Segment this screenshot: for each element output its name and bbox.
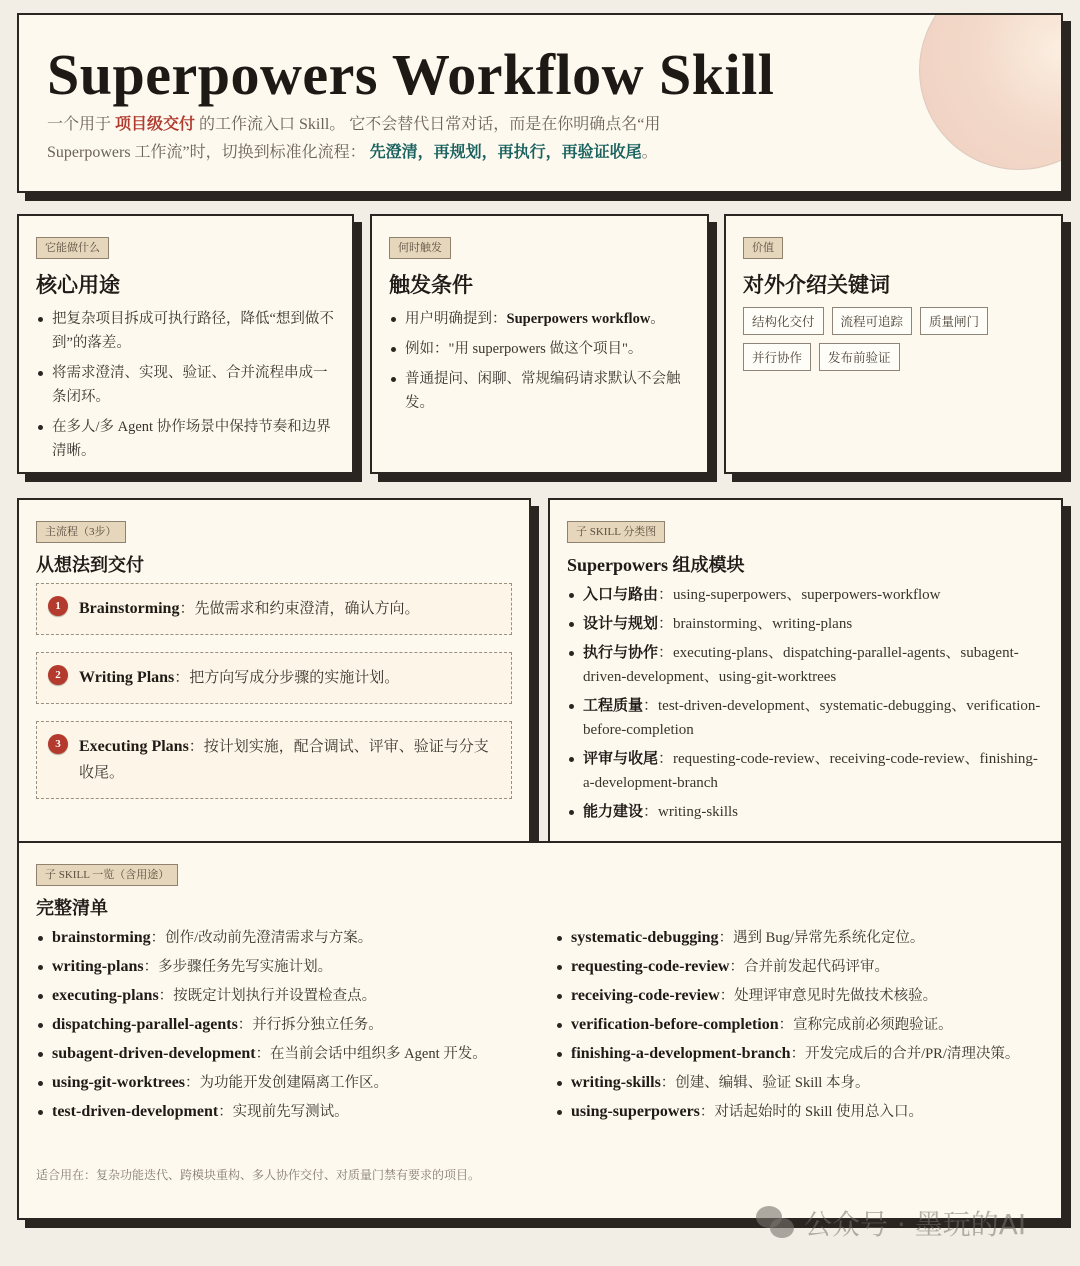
skill-desc: ：开发完成后的合并/PR/清理决策。 — [791, 1046, 1020, 1062]
step-name: Brainstorming — [79, 600, 179, 617]
skill-name: using-git-worktrees — [52, 1074, 185, 1091]
subtitle-text: 。 — [642, 144, 658, 161]
item-keyword: 工程质量 — [583, 698, 643, 714]
highlight-project-delivery: 项目级交付 — [115, 116, 195, 133]
flow-step: 1 Brainstorming：先做需求和约束澄清，确认方向。 — [36, 583, 512, 635]
list-item: writing-plans：多步骤任务先写实施计划。 — [36, 955, 525, 979]
subtitle-text: 的工作流入口 Skill。 它不会替代日常对话，而是在你明确点名“用 — [195, 116, 660, 133]
section-title: 完整清单 — [36, 894, 1044, 920]
keyword-chip: 并行协作 — [743, 343, 811, 371]
skill-name: writing-plans — [52, 958, 144, 975]
skill-name: finishing-a-development-branch — [571, 1045, 791, 1062]
section-tag: 价值 — [743, 237, 783, 259]
skill-desc: ：宣称完成前必须跑验证。 — [779, 1017, 953, 1033]
list-item: 在多人/多 Agent 协作场景中保持节奏和边界清晰。 — [36, 415, 335, 463]
item-keyword: 能力建设 — [583, 804, 643, 820]
page-title: Superpowers Workflow Skill — [47, 41, 774, 108]
highlight-process-steps: 先澄清，再规划，再执行，再验证收尾 — [370, 144, 642, 161]
section-tag: 它能做什么 — [36, 237, 109, 259]
skill-desc: ：多步骤任务先写实施计划。 — [144, 959, 333, 975]
skill-name: using-superpowers — [571, 1103, 700, 1120]
skill-list-right: systematic-debugging：遇到 Bug/异常先系统化定位。 re… — [555, 926, 1044, 1129]
skill-desc: ：创建、编辑、验证 Skill 本身。 — [661, 1075, 870, 1091]
subtitle-text: Superpowers 工作流”时，切换到标准化流程： — [47, 144, 370, 161]
skill-desc: ：遇到 Bug/异常先系统化定位。 — [719, 930, 925, 946]
skill-desc: ：对话起始时的 Skill 使用总入口。 — [700, 1104, 923, 1120]
skill-name: verification-before-completion — [571, 1016, 779, 1033]
list-item: dispatching-parallel-agents：并行拆分独立任务。 — [36, 1013, 525, 1037]
step-desc: ：把方向写成分步骤的实施计划。 — [174, 670, 399, 686]
full-list-card: 子 SKILL 一览（含用途） 完整清单 brainstorming：创作/改动… — [17, 841, 1063, 1220]
trigger-card: 何时触发 触发条件 用户明确提到：Superpowers workflow。 例… — [370, 214, 709, 474]
item-text: 。 — [650, 311, 665, 327]
skill-name: receiving-code-review — [571, 987, 720, 1004]
subtitle-text: 一个用于 — [47, 116, 115, 133]
list-item: using-git-worktrees：为功能开发创建隔离工作区。 — [36, 1071, 525, 1095]
core-use-list: 把复杂项目拆成可执行路径，降低“想到做不到”的落差。 将需求澄清、实现、验证、合… — [36, 307, 335, 463]
list-item: test-driven-development：实现前先写测试。 — [36, 1100, 525, 1124]
skill-name: executing-plans — [52, 987, 159, 1004]
flow-step: 3 Executing Plans：按计划实施，配合调试、评审、验证与分支收尾。 — [36, 721, 512, 799]
skill-name: brainstorming — [52, 929, 151, 946]
skill-desc: ：为功能开发创建隔离工作区。 — [185, 1075, 388, 1091]
list-item: finishing-a-development-branch：开发完成后的合并/… — [555, 1042, 1044, 1066]
section-tag: 子 SKILL 一览（含用途） — [36, 864, 178, 886]
item-text: ：using-superpowers、superpowers-workflow — [658, 587, 940, 603]
item-text: ：writing-skills — [643, 804, 738, 820]
section-title: 触发条件 — [389, 269, 690, 299]
skill-name: test-driven-development — [52, 1103, 218, 1120]
step-number-badge: 1 — [48, 596, 68, 616]
hero-card: Superpowers Workflow Skill 一个用于 项目级交付 的工… — [17, 13, 1063, 193]
skill-desc: ：在当前会话中组织多 Agent 开发。 — [256, 1046, 487, 1062]
list-item: 评审与收尾：requesting-code-review、receiving-c… — [567, 747, 1044, 795]
list-item: 能力建设：writing-skills — [567, 800, 1044, 824]
skill-desc: ：按既定计划执行并设置检查点。 — [159, 988, 377, 1004]
skill-desc: ：合并前发起代码评审。 — [729, 959, 889, 975]
value-card: 价值 对外介绍关键词 结构化交付 流程可追踪 质量闸门 并行协作 发布前验证 — [724, 214, 1063, 474]
list-item: executing-plans：按既定计划执行并设置检查点。 — [36, 984, 525, 1008]
watermark-text: 公众号 · 墨玩的AI — [804, 1203, 1026, 1243]
list-item: 工程质量：test-driven-development、systematic-… — [567, 694, 1044, 742]
step-number-badge: 3 — [48, 734, 68, 754]
trigger-list: 用户明确提到：Superpowers workflow。 例如："用 super… — [389, 307, 690, 415]
main-flow-card: 主流程（3步） 从想法到交付 1 Brainstorming：先做需求和约束澄清… — [17, 498, 531, 843]
list-item: verification-before-completion：宣称完成前必须跑验… — [555, 1013, 1044, 1037]
list-item: 入口与路由：using-superpowers、superpowers-work… — [567, 583, 1044, 607]
skill-columns: brainstorming：创作/改动前先澄清需求与方案。 writing-pl… — [36, 926, 1044, 1129]
step-name: Executing Plans — [79, 738, 189, 755]
section-title: Superpowers 组成模块 — [567, 551, 1044, 577]
list-item: receiving-code-review：处理评审意见时先做技术核验。 — [555, 984, 1044, 1008]
list-item: systematic-debugging：遇到 Bug/异常先系统化定位。 — [555, 926, 1044, 950]
footnote: 适合用在：复杂功能迭代、跨模块重构、多人协作交付、对质量门禁有要求的项目。 — [36, 1166, 480, 1183]
decorative-circle — [919, 13, 1063, 170]
list-item: requesting-code-review：合并前发起代码评审。 — [555, 955, 1044, 979]
list-item: writing-skills：创建、编辑、验证 Skill 本身。 — [555, 1071, 1044, 1095]
hero-subtitle: 一个用于 项目级交付 的工作流入口 Skill。 它不会替代日常对话，而是在你明… — [47, 111, 747, 167]
item-keyword: 设计与规划 — [583, 616, 658, 632]
list-item: 设计与规划：brainstorming、writing-plans — [567, 612, 1044, 636]
skill-name: writing-skills — [571, 1074, 661, 1091]
modules-card: 子 SKILL 分类图 Superpowers 组成模块 入口与路由：using… — [548, 498, 1063, 843]
item-text: ：brainstorming、writing-plans — [658, 616, 852, 632]
step-number-badge: 2 — [48, 665, 68, 685]
section-title: 核心用途 — [36, 269, 335, 299]
list-item: 把复杂项目拆成可执行路径，降低“想到做不到”的落差。 — [36, 307, 335, 355]
item-keyword: 评审与收尾 — [583, 751, 658, 767]
skill-name: dispatching-parallel-agents — [52, 1016, 238, 1033]
step-desc: ：先做需求和约束澄清，确认方向。 — [179, 601, 419, 617]
item-text: 用户明确提到： — [405, 311, 507, 327]
item-keyword: 执行与协作 — [583, 645, 658, 661]
list-item: using-superpowers：对话起始时的 Skill 使用总入口。 — [555, 1100, 1044, 1124]
list-item: brainstorming：创作/改动前先澄清需求与方案。 — [36, 926, 525, 950]
modules-list: 入口与路由：using-superpowers、superpowers-work… — [567, 583, 1044, 824]
list-item: 用户明确提到：Superpowers workflow。 — [389, 307, 690, 331]
skill-desc: ：实现前先写测试。 — [218, 1104, 349, 1120]
keyword-chip: 发布前验证 — [819, 343, 900, 371]
section-tag: 何时触发 — [389, 237, 451, 259]
item-keyword: Superpowers workflow — [507, 311, 651, 327]
skill-list-left: brainstorming：创作/改动前先澄清需求与方案。 writing-pl… — [36, 926, 525, 1129]
skill-desc: ：处理评审意见时先做技术核验。 — [720, 988, 938, 1004]
skill-name: systematic-debugging — [571, 929, 719, 946]
list-item: 将需求澄清、实现、验证、合并流程串成一条闭环。 — [36, 361, 335, 409]
watermark: 公众号 · 墨玩的AI — [756, 1203, 1026, 1243]
skill-desc: ：并行拆分独立任务。 — [238, 1017, 383, 1033]
keyword-chip: 流程可追踪 — [832, 307, 913, 335]
list-item: subagent-driven-development：在当前会话中组织多 Ag… — [36, 1042, 525, 1066]
skill-name: requesting-code-review — [571, 958, 729, 975]
list-item: 例如："用 superpowers 做这个项目"。 — [389, 337, 690, 361]
section-title: 从想法到交付 — [36, 551, 512, 577]
keyword-chip: 结构化交付 — [743, 307, 824, 335]
wechat-icon — [756, 1206, 796, 1240]
list-item: 执行与协作：executing-plans、dispatching-parall… — [567, 641, 1044, 689]
core-use-card: 它能做什么 核心用途 把复杂项目拆成可执行路径，降低“想到做不到”的落差。 将需… — [17, 214, 354, 474]
keyword-chip: 质量闸门 — [920, 307, 988, 335]
skill-name: subagent-driven-development — [52, 1045, 256, 1062]
section-tag: 主流程（3步） — [36, 521, 126, 543]
keyword-chips: 结构化交付 流程可追踪 质量闸门 并行协作 发布前验证 — [743, 307, 1003, 371]
list-item: 普通提问、闲聊、常规编码请求默认不会触发。 — [389, 367, 690, 415]
item-keyword: 入口与路由 — [583, 587, 658, 603]
section-title: 对外介绍关键词 — [743, 269, 1044, 299]
flow-step: 2 Writing Plans：把方向写成分步骤的实施计划。 — [36, 652, 512, 704]
step-name: Writing Plans — [79, 669, 174, 686]
section-tag: 子 SKILL 分类图 — [567, 521, 665, 543]
skill-desc: ：创作/改动前先澄清需求与方案。 — [151, 930, 373, 946]
item-text: ：test-driven-development、systematic-debu… — [583, 698, 1040, 738]
